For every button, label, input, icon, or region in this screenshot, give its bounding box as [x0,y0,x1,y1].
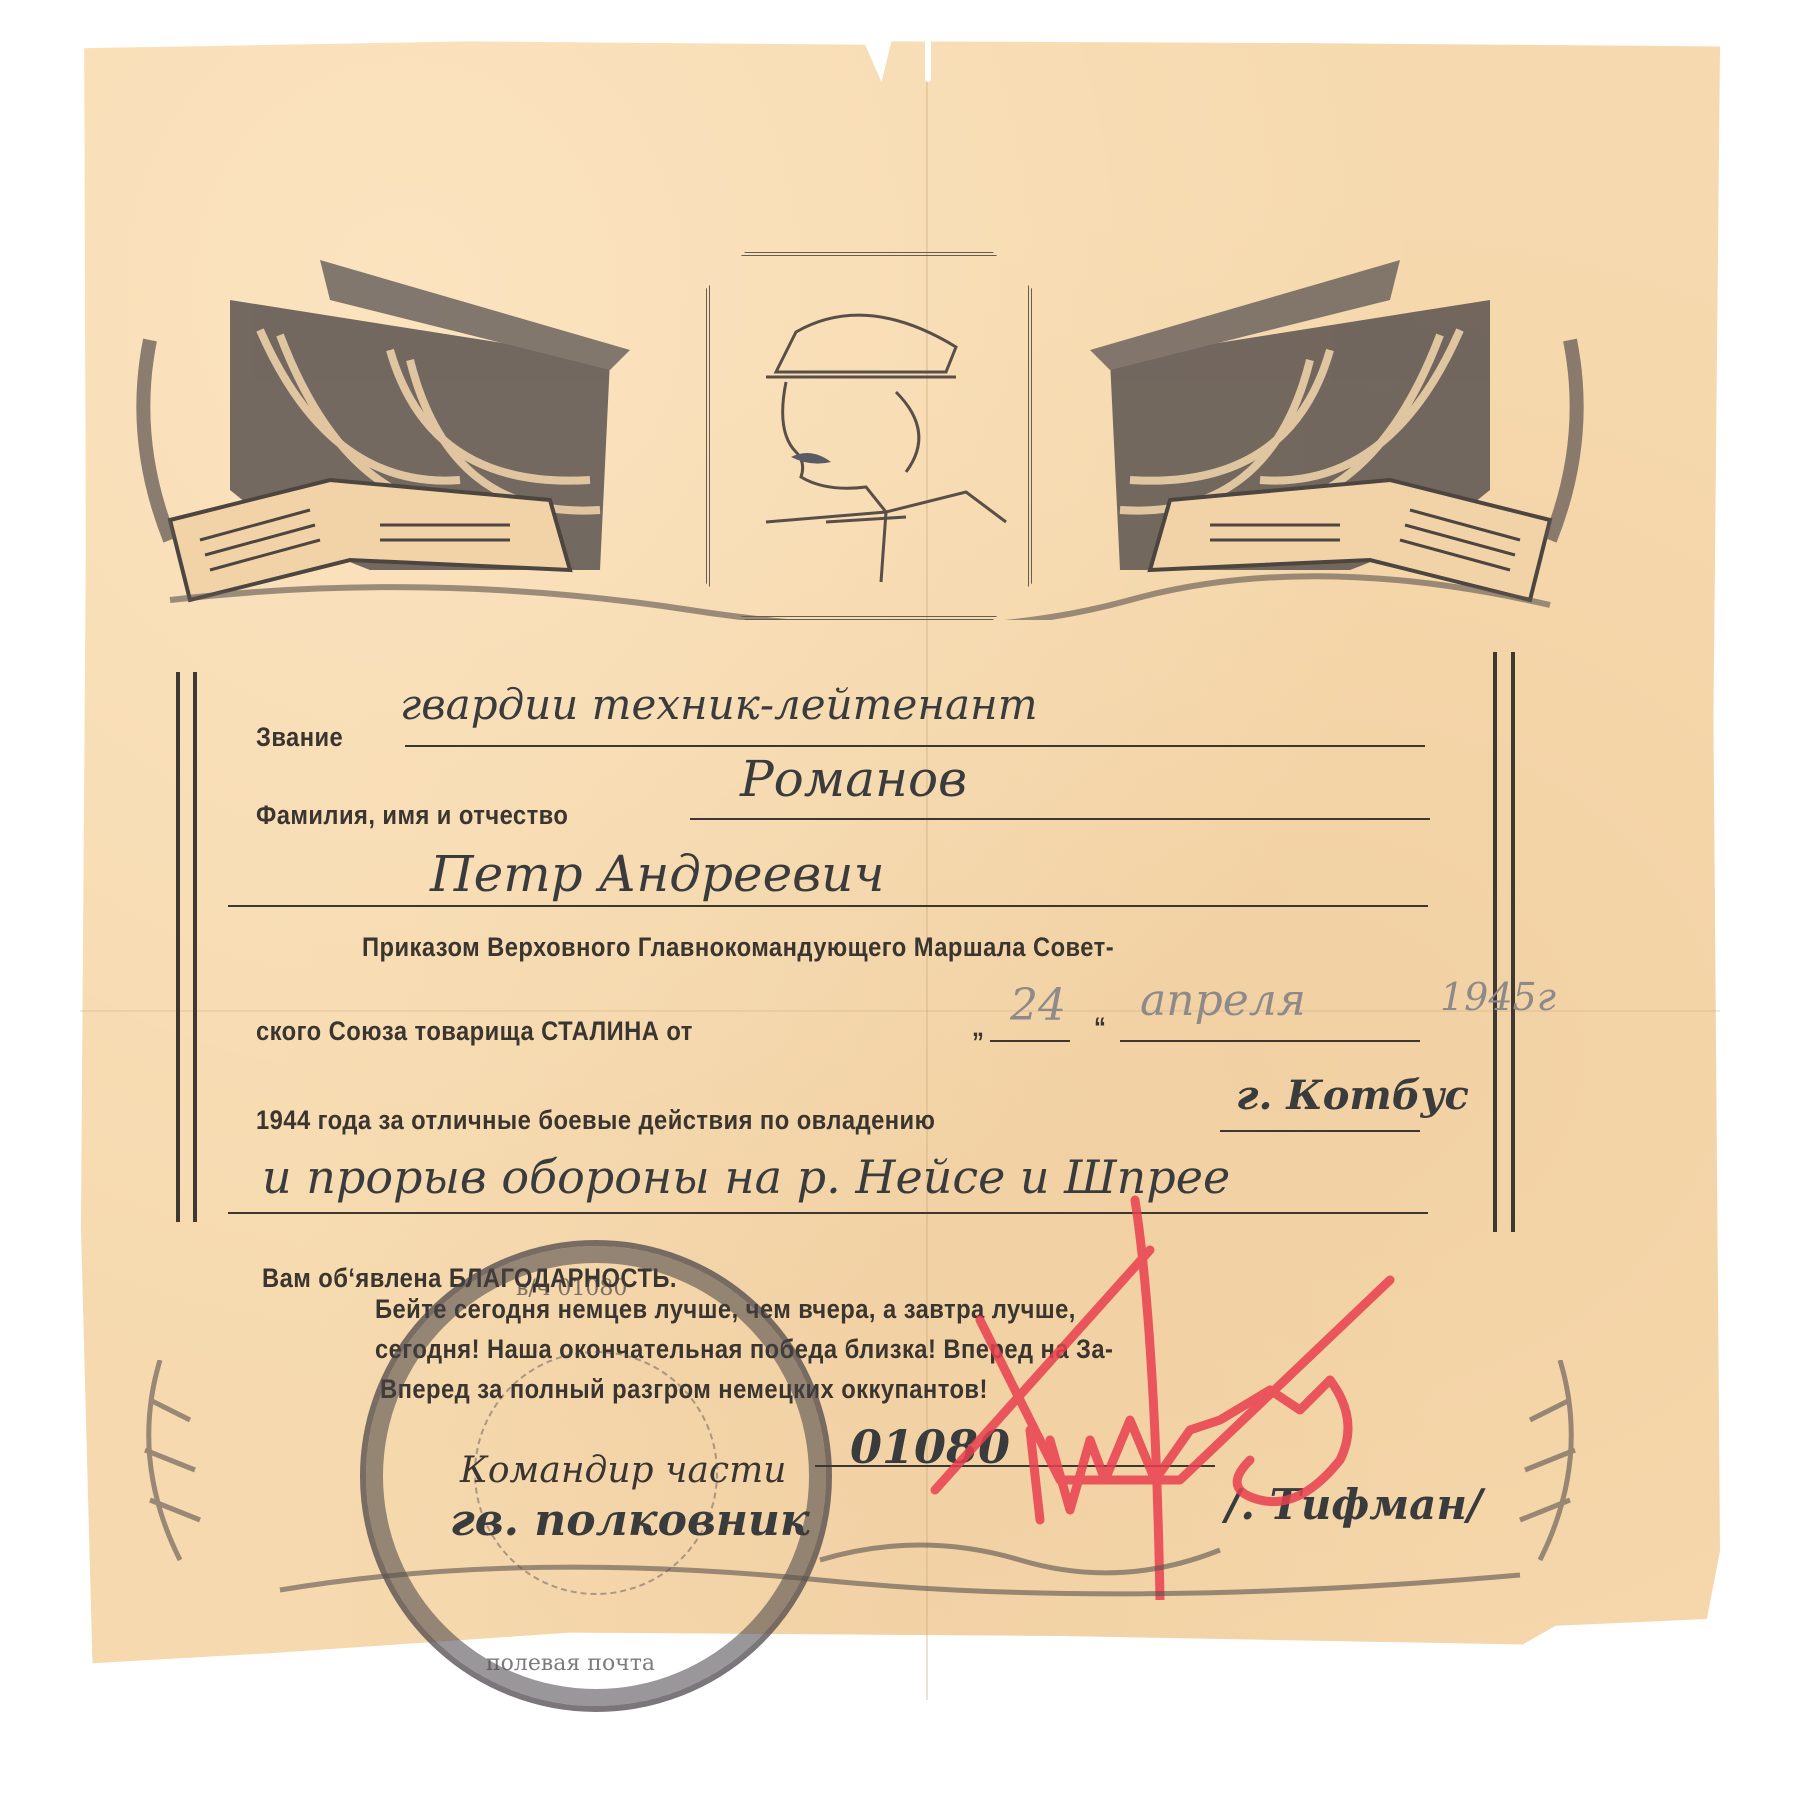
order-line-3: 1944 года за отличные боевые действия по… [256,1105,935,1136]
surname-value: Романов [740,750,967,808]
border-left-inner [193,672,197,1222]
day-underline [990,1040,1070,1042]
full-name-label: Фамилия, имя и отчество [256,800,568,831]
order-day: 24 [1010,980,1066,1031]
given-name-value: Петр Андреевич [430,845,885,903]
paper-tear [925,38,931,82]
order-month: апреля [1140,975,1306,1026]
portrait-icon [706,252,1024,612]
rank-underline [405,745,1425,747]
border-right-inner [1493,652,1497,1232]
name-underline-2 [228,905,1428,907]
rank-value: гвардии техник-лейтенант [400,680,1038,729]
order-year: 1945г [1440,975,1556,1019]
border-left-outer [176,672,180,1222]
close-quote: “ [1094,1012,1106,1043]
place-underline [1220,1130,1420,1132]
order-line-2: ского Союза товарища СТАЛИНА от [256,1016,693,1047]
border-right-outer [1511,652,1515,1232]
captured-city: г. Котбус [1236,1072,1469,1119]
month-underline [1120,1040,1420,1042]
bottom-foliage-ornament [120,1360,1620,1620]
name-underline-1 [690,818,1430,820]
rank-label: Звание [256,722,343,753]
open-quote: „ [972,1012,984,1043]
order-line-1: Приказом Верховного Главнокомандующего М… [362,932,1114,963]
seal-text-bottom: полевая почта [486,1651,655,1676]
seal-text-top: в/ч 01080 [516,1276,627,1301]
